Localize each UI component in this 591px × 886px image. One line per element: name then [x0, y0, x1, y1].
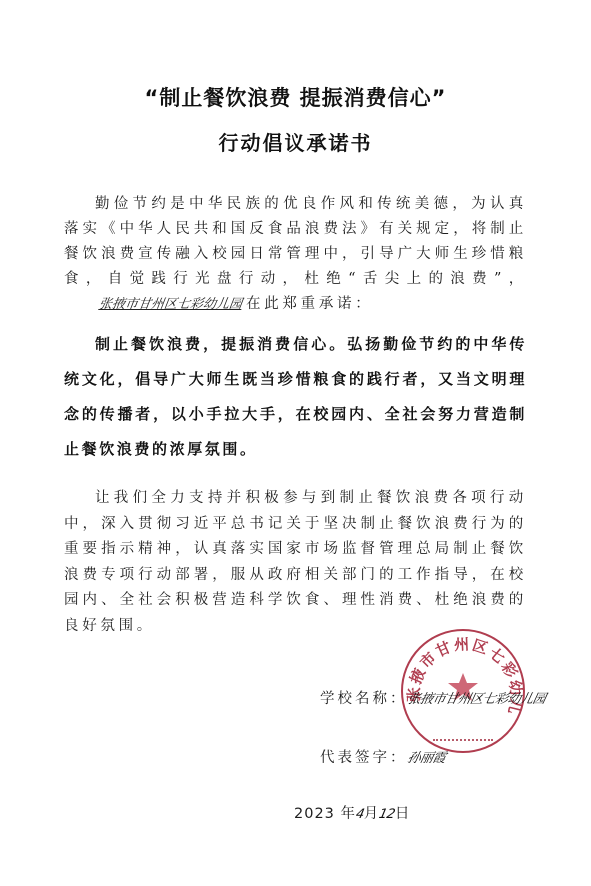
school-name-row: 学校名称：张掖市甘州区七彩幼儿园	[320, 687, 545, 708]
paragraph-commitment: 制止餐饮浪费，提振消费信心。弘扬勤俭节约的中华传统文化，倡导广大师生既当珍惜粮食…	[64, 327, 527, 467]
document-subtitle: 行动倡议承诺书	[0, 127, 591, 156]
date-year-unit: 年	[341, 806, 357, 822]
school-name-handwritten: 张掖市甘州区七彩幼儿园	[405, 688, 547, 707]
date-row: 2023 年4月12日	[294, 802, 410, 823]
representative-signature: 孙丽霞	[405, 747, 447, 766]
paragraph-intro: 勤俭节约是中华民族的优良作风和传统美德，为认真落实《中华人民共和国反食品浪费法》…	[64, 192, 527, 317]
date-day-unit: 日	[395, 806, 411, 822]
intro-text: 勤俭节约是中华民族的优良作风和传统美德，为认真落实《中华人民共和国反食品浪费法》…	[64, 196, 527, 287]
handwritten-school-name: 张掖市甘州区七彩幼儿园	[62, 292, 248, 317]
document-title: “制止餐饮浪费 提振消费信心”	[0, 82, 591, 112]
representative-signature-row: 代表签字：孙丽霞	[320, 746, 445, 767]
date-day: 12	[378, 807, 397, 822]
paragraph-call-to-action: 让我们全力支持并积极参与到制止餐饮浪费各项行动中，深入贯彻习近平总书记关于坚决制…	[64, 486, 527, 639]
date-year: 2023	[294, 806, 335, 822]
intro-text-end: 在此郑重承诺：	[246, 296, 373, 312]
seal-dotted-line	[433, 739, 493, 741]
representative-label: 代表签字：	[320, 750, 408, 766]
school-name-label: 学校名称：	[320, 691, 408, 707]
